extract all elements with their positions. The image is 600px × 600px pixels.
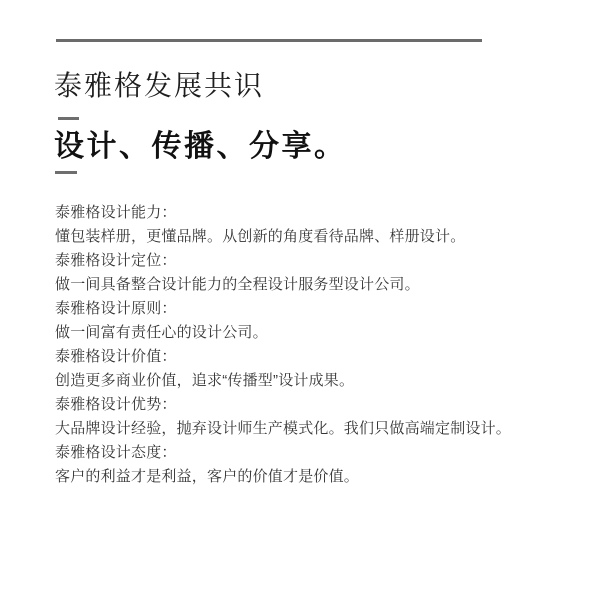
section-text: 做一间具备整合设计能力的全程设计服务型设计公司。 xyxy=(55,273,565,297)
section-label: 泰雅格设计定位： xyxy=(55,249,565,273)
section-text: 大品牌设计经验，抛弃设计师生产模式化。我们只做高端定制设计。 xyxy=(55,417,565,441)
slogan-heading: 设计、传播、分享。 xyxy=(54,129,347,165)
section-text: 做一间富有责任心的设计公司。 xyxy=(55,321,565,345)
consensus-list: 泰雅格设计能力： 懂包装样册，更懂品牌。从创新的角度看待品牌、样册设计。 泰雅格… xyxy=(55,201,565,489)
slogan-dash-divider xyxy=(55,171,77,174)
section-label: 泰雅格设计价值： xyxy=(55,345,565,369)
section-label: 泰雅格设计原则： xyxy=(55,297,565,321)
section-text: 懂包装样册，更懂品牌。从创新的角度看待品牌、样册设计。 xyxy=(55,225,565,249)
page-title: 泰雅格发展共识 xyxy=(54,68,264,104)
title-dash-divider xyxy=(58,117,79,120)
section-label: 泰雅格设计优势： xyxy=(55,393,565,417)
top-divider-rule xyxy=(56,39,482,42)
section-label: 泰雅格设计能力： xyxy=(55,201,565,225)
section-label: 泰雅格设计态度： xyxy=(55,441,565,465)
section-text: 创造更多商业价值，追求“传播型”设计成果。 xyxy=(55,369,565,393)
section-text: 客户的利益才是利益，客户的价值才是价值。 xyxy=(55,465,565,489)
